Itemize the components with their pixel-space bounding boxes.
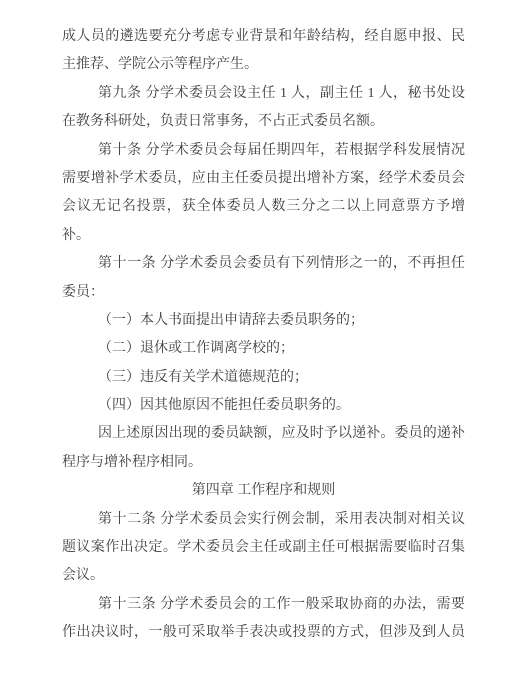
text-line: 第十条 分学术委员会每届任期四年，若根据学科发展情况 bbox=[62, 137, 465, 165]
text-line: 成人员的遴选要充分考虑专业背景和年龄结构，经自愿申报、民 bbox=[62, 23, 465, 51]
text-line: 第十二条 分学术委员会实行例会制，采用表决制对相关议 bbox=[62, 506, 465, 534]
list-item-line: （二）退休或工作调离学校的； bbox=[62, 335, 465, 363]
text-line: 程序与增补程序相同。 bbox=[62, 449, 465, 477]
document-text-block: 成人员的遴选要充分考虑专业背景和年龄结构，经自愿申报、民 主推荐、学院公示等程序… bbox=[62, 23, 465, 648]
text-line: 主推荐、学院公示等程序产生。 bbox=[62, 51, 465, 79]
text-line: 补。 bbox=[62, 222, 465, 250]
text-line: 需要增补学术委员，应由主任委员提出增补方案，经学术委员会 bbox=[62, 165, 465, 193]
list-item-line: （三）违反有关学术道德规范的； bbox=[62, 364, 465, 392]
text-line: 因上述原因出现的委员缺额，应及时予以递补。委员的递补 bbox=[62, 420, 465, 448]
text-line: 第九条 分学术委员会设主任 1 人，副主任 1 人，秘书处设 bbox=[62, 80, 465, 108]
text-line: 第十一条 分学术委员会委员有下列情形之一的，不再担任 bbox=[62, 250, 465, 278]
text-line: 第十三条 分学术委员会的工作一般采取协商的办法，需要 bbox=[62, 591, 465, 619]
text-line: 会议无记名投票，获全体委员人数三分之二以上同意票方予增 bbox=[62, 193, 465, 221]
text-line: 委员： bbox=[62, 279, 465, 307]
chapter-heading: 第四章 工作程序和规则 bbox=[62, 477, 465, 505]
text-line: 会议。 bbox=[62, 562, 465, 590]
list-item-line: （四）因其他原因不能担任委员职务的。 bbox=[62, 392, 465, 420]
document-page: 成人员的遴选要充分考虑专业背景和年龄结构，经自愿申报、民 主推荐、学院公示等程序… bbox=[0, 0, 528, 686]
text-line: 在教务科研处，负责日常事务，不占正式委员名额。 bbox=[62, 108, 465, 136]
text-line: 题议案作出决定。学术委员会主任或副主任可根据需要临时召集 bbox=[62, 534, 465, 562]
list-item-line: （一）本人书面提出申请辞去委员职务的； bbox=[62, 307, 465, 335]
text-line: 作出决议时，一般可采取举手表决或投票的方式，但涉及到人员 bbox=[62, 619, 465, 647]
